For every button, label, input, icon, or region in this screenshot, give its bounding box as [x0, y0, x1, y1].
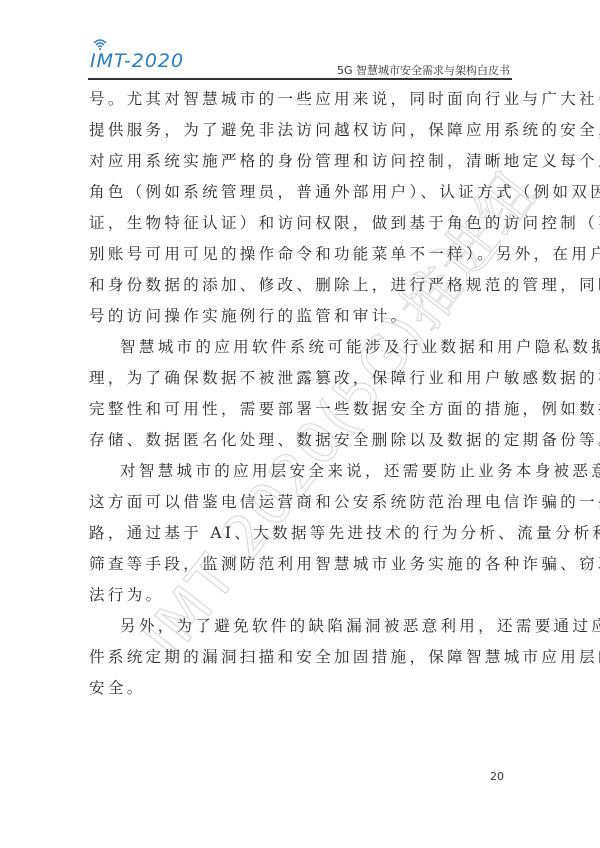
text-line: 对应用系统实施严格的身份管理和访问控制，清晰地定义每个用户的: [89, 146, 513, 177]
text-line: 筛查等手段，监测防范利用智慧城市业务实施的各种诈骗、窃取等不: [89, 549, 513, 580]
document-title: 5G 智慧城市安全需求与架构白皮书: [337, 62, 510, 78]
text-line: 理，为了确保数据不被泄露篡改，保障行业和用户敏感数据的机密性、: [89, 363, 513, 394]
body-text: 号。尤其对智慧城市的一些应用来说，同时面向行业与广大社会公众 提供服务，为了避免…: [89, 84, 513, 704]
text-line: 路，通过基于 AI、大数据等先进技术的行为分析、流量分析和过滤: [89, 518, 513, 549]
text-line: 别账号可用可见的操作命令和功能菜单不一样）。另外，在用户账号: [89, 239, 513, 270]
header-divider: [88, 78, 512, 80]
document-page: IMT-2020 5G 智慧城市安全需求与架构白皮书 IMT-2020(5G)推…: [0, 0, 600, 848]
wifi-signal-icon: [92, 38, 108, 50]
paragraph-start-line: 智慧城市的应用软件系统可能涉及行业数据和用户隐私数据的处: [89, 332, 513, 363]
text-line: 这方面可以借鉴电信运营商和公安系统防范治理电信诈骗的一些思: [89, 487, 513, 518]
text-line: 和身份数据的添加、修改、删除上，进行严格规范的管理，同时对账: [89, 270, 513, 301]
text-line: 件系统定期的漏洞扫描和安全加固措施，保障智慧城市应用层的业务: [89, 642, 513, 673]
text-line: 角色（例如系统管理员，普通外部用户）、认证方式（例如双因素认: [89, 177, 513, 208]
text-line: 法行为。: [89, 580, 513, 611]
text-line: 完整性和可用性，需要部署一些数据安全方面的措施，例如数据加密: [89, 394, 513, 425]
text-line: 提供服务，为了避免非法访问越权访问，保障应用系统的安全，需要: [89, 115, 513, 146]
text-line: 号。尤其对智慧城市的一些应用来说，同时面向行业与广大社会公众: [89, 84, 513, 115]
text-line: 证，生物特征认证）和访问权限，做到基于角色的访问控制（不同级: [89, 208, 513, 239]
paragraph-start-line: 对智慧城市的应用层安全来说，还需要防止业务本身被恶意滥用。: [89, 456, 513, 487]
text-line: 号的访问操作实施例行的监管和审计。: [89, 301, 513, 332]
logo-text: IMT-2020: [90, 50, 184, 72]
paragraph-start-line: 另外，为了避免软件的缺陷漏洞被恶意利用，还需要通过应用软: [89, 611, 513, 642]
text-line: 安全。: [89, 673, 513, 704]
text-line: 存储、数据匿名化处理、数据安全删除以及数据的定期备份等。: [89, 425, 513, 456]
imt2020-logo: IMT-2020: [90, 40, 184, 72]
page-number: 20: [490, 770, 504, 783]
